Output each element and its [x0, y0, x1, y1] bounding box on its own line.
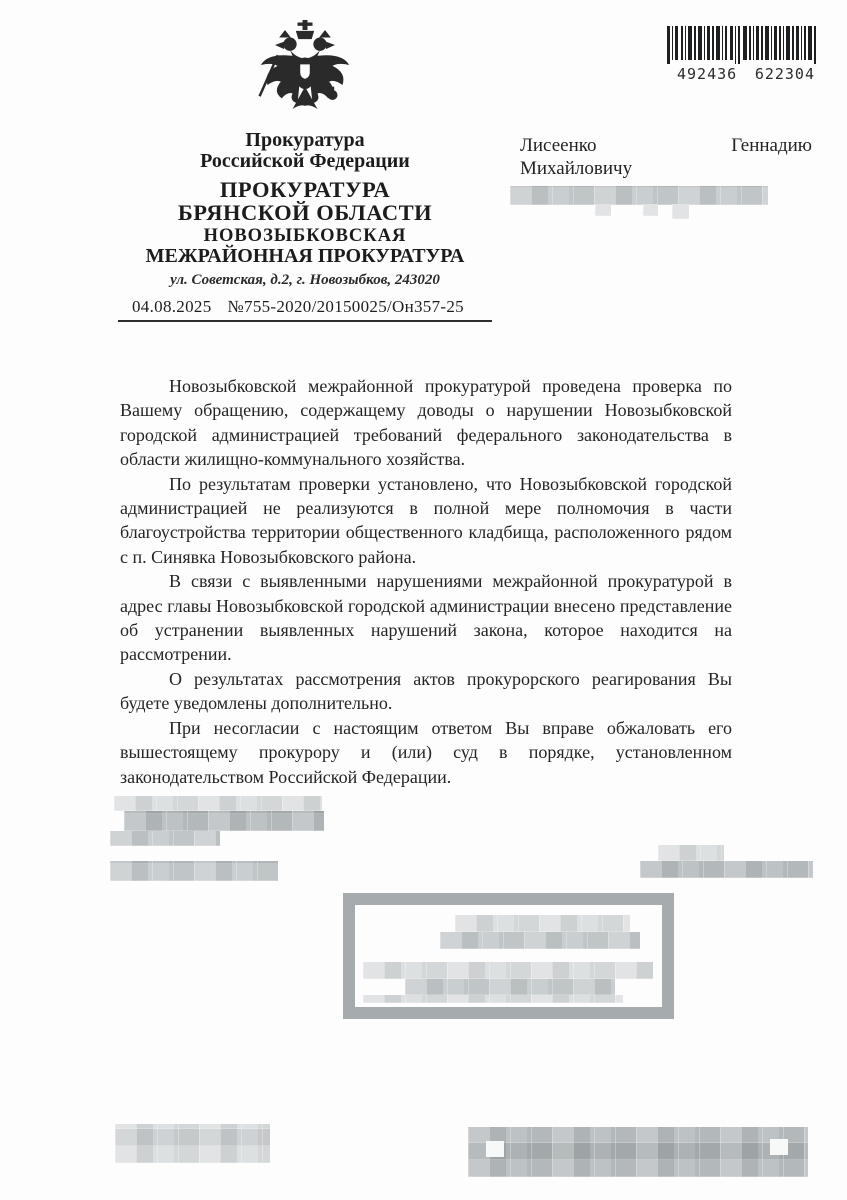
redacted-stamp	[343, 893, 674, 1019]
redaction-white-cell	[486, 1141, 504, 1157]
redacted-footer-left	[115, 1124, 270, 1163]
org-name-line2: БРЯНСКОЙ ОБЛАСТИ	[118, 201, 492, 224]
redacted-signer-title	[114, 796, 322, 811]
redacted-stamp-text	[440, 932, 640, 949]
redacted-address-fragment	[595, 204, 611, 216]
redacted-signer-rank	[110, 861, 278, 881]
addressee-patronymic: Михайловичу	[520, 157, 812, 180]
redacted-stamp-text	[405, 979, 615, 995]
reference-line: 04.08.2025 №755-2020/20150025/Он357-25	[118, 297, 492, 322]
letter-body: Новозыбковской межрайонной прокуратурой …	[120, 374, 732, 789]
body-paragraph: По результатам проверки установлено, что…	[120, 472, 732, 570]
scanned-letter-page: 492436 622304	[0, 0, 847, 1200]
org-name-line1: ПРОКУРАТУРА	[118, 178, 492, 201]
addressee-block: Лисеенко Геннадию Михайловичу	[520, 134, 812, 180]
letter-number: №755-2020/20150025/Он357-25	[228, 297, 464, 317]
addressee-line1: Лисеенко Геннадию	[520, 134, 812, 157]
parent-org-line1: Прокуратура	[118, 130, 492, 151]
body-paragraph: При несогласии с настоящим ответом Вы вп…	[120, 716, 732, 789]
addressee-surname: Лисеенко	[520, 134, 597, 157]
redacted-signer-name	[658, 845, 724, 861]
redacted-stamp-text	[455, 915, 630, 932]
parent-org-name: Прокуратура Российской Федерации	[118, 130, 492, 172]
redacted-stamp-text	[363, 995, 623, 1003]
redacted-addressee-address	[510, 186, 768, 205]
redacted-signer-title	[124, 811, 324, 831]
body-paragraph: В связи с выявленными нарушениями межрай…	[120, 569, 732, 667]
parent-org-line2: Российской Федерации	[118, 151, 492, 172]
redacted-signer-title	[110, 831, 220, 846]
division-name-line2: МЕЖРАЙОННАЯ ПРОКУРАТУРА	[118, 246, 492, 267]
addressee-first-name: Геннадию	[731, 134, 812, 157]
barcode-digits: 492436 622304	[665, 64, 825, 83]
division-name-line1: НОВОЗЫБКОВСКАЯ	[118, 226, 492, 246]
barcode-bars-icon	[665, 26, 825, 64]
redacted-stamp-text	[363, 962, 653, 979]
redacted-footer-right	[468, 1127, 808, 1177]
letter-date: 04.08.2025	[132, 297, 212, 317]
russia-coat-of-arms-icon	[118, 20, 492, 122]
redacted-signer-name	[640, 861, 813, 878]
redacted-address-fragment	[672, 204, 689, 219]
barcode-digits-right: 622304	[755, 65, 815, 83]
letterhead: Прокуратура Российской Федерации ПРОКУРА…	[118, 20, 492, 322]
redaction-white-cell	[770, 1139, 788, 1155]
redacted-address-fragment	[643, 204, 658, 216]
postal-address: ул. Советская, д.2, г. Новозыбков, 24302…	[118, 272, 492, 289]
registration-barcode: 492436 622304	[665, 26, 825, 83]
barcode-digits-left: 492436	[677, 65, 737, 83]
body-paragraph: О результатах рассмотрения актов прокуро…	[120, 667, 732, 716]
body-paragraph: Новозыбковской межрайонной прокуратурой …	[120, 374, 732, 472]
org-name: ПРОКУРАТУРА БРЯНСКОЙ ОБЛАСТИ	[118, 178, 492, 224]
